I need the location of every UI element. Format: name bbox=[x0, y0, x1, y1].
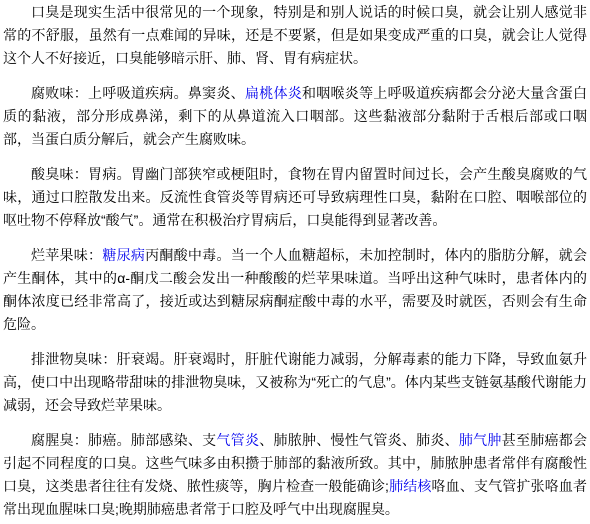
text-run: 、肺脓肿、慢性气管炎、肺炎、 bbox=[259, 432, 459, 448]
text-run: 腐败味：上呼吸道疾病。鼻窦炎、 bbox=[31, 85, 245, 101]
paragraph-rotten-smell: 腐败味：上呼吸道疾病。鼻窦炎、扁桃体炎和咽喉炎等上呼吸道疾病都会分泌大量含蛋白质… bbox=[3, 82, 587, 151]
inline-link[interactable]: 扁桃体炎 bbox=[245, 85, 302, 101]
paragraph-rotten-apple-smell: 烂苹果味：糖尿病丙酮酸中毒。当一个人血糖超标，未加控制时，体内的脂肪分解，就会产… bbox=[3, 244, 587, 336]
article-body: 口臭是现实生活中很常见的一个现象，特别是和别人说话的时候口臭，就会让别人感觉非常… bbox=[0, 0, 590, 521]
text-run: 烂苹果味： bbox=[31, 247, 102, 263]
paragraph-sour-smell: 酸臭味：胃病。胃幽门部狭窄或梗阻时，食物在胃内留置时间过长，会产生酸臭腐败的气味… bbox=[3, 163, 587, 232]
inline-link[interactable]: 肺气肿 bbox=[459, 432, 502, 448]
paragraph-intro: 口臭是现实生活中很常见的一个现象，特别是和别人说话的时候口臭，就会让别人感觉非常… bbox=[3, 1, 587, 70]
text-run: 腐腥臭：肺癌。肺部感染、支 bbox=[31, 432, 216, 448]
inline-link[interactable]: 气管炎 bbox=[216, 432, 259, 448]
paragraph-putrid-fishy-smell: 腐腥臭：肺癌。肺部感染、支气管炎、肺脓肿、慢性气管炎、肺炎、肺气肿甚至肺癌都会引… bbox=[3, 429, 587, 521]
text-run: 酸臭味：胃病。胃幽门部狭窄或梗阻时，食物在胃内留置时间过长，会产生酸臭腐败的气味… bbox=[3, 166, 587, 228]
text-run: 口臭是现实生活中很常见的一个现象，特别是和别人说话的时候口臭，就会让别人感觉非常… bbox=[3, 4, 587, 66]
paragraph-excrement-smell: 排泄物臭味：肝衰竭。肝衰竭时，肝脏代谢能力减弱，分解毒素的能力下降，导致血氨升高… bbox=[3, 348, 587, 417]
text-run: 排泄物臭味：肝衰竭。肝衰竭时，肝脏代谢能力减弱，分解毒素的能力下降，导致血氨升高… bbox=[3, 351, 587, 413]
inline-link[interactable]: 肺结核 bbox=[389, 478, 432, 494]
inline-link[interactable]: 糖尿病 bbox=[102, 247, 145, 263]
